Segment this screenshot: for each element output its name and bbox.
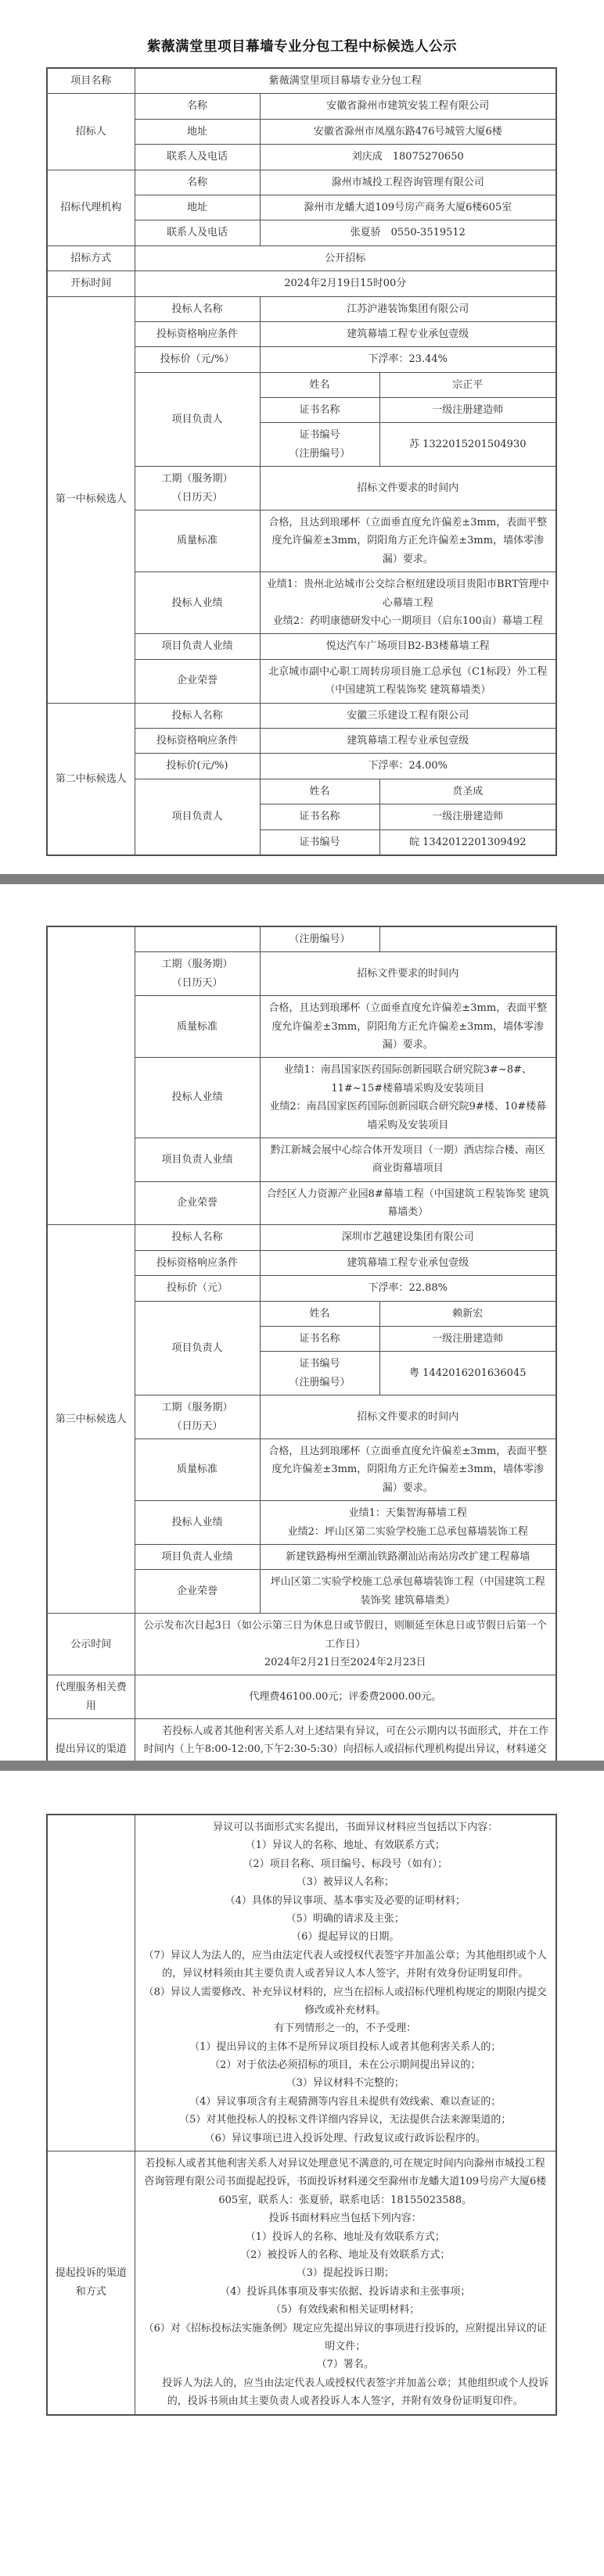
c2-price-label: 投标价(元/%) [135, 754, 260, 779]
table-row: 招标方式 公开招标 [47, 245, 556, 270]
c1-certno-label: 证书编号 （注册编号） [260, 423, 379, 467]
c2-duration-label: 工期（服务期） （日历天） [135, 952, 260, 996]
announcement-table-page-3: 异议可以书面形式实名提出，书面异议材料应当包括以下内容：（1）异议人的名称、地址… [46, 1814, 557, 2416]
table-row: 第三中标候选人 投标人名称 深圳市艺越建设集团有限公司 [47, 1225, 556, 1250]
c2-qualification-value: 建筑幕墙工程专业承包壹级 [260, 728, 556, 753]
c2-duration-value: 招标文件要求的时间内 [260, 952, 556, 996]
c1-qualification-value: 建筑幕墙工程专业承包壹级 [260, 321, 556, 346]
c3-cert-label: 证书名称 [260, 1327, 379, 1352]
publicity-time-label: 公示时间 [47, 1614, 135, 1675]
c1-bidder-label: 投标人名称 [135, 296, 260, 321]
candidate3-label: 第三中标候选人 [47, 1225, 135, 1614]
tenderer-contact-value: 刘庆成 18075270650 [260, 145, 556, 170]
c2-bidder-label: 投标人名称 [135, 703, 260, 728]
c3-quality-label: 质量标准 [135, 1438, 260, 1500]
c1-performance-label: 投标人业绩 [135, 572, 260, 634]
tenderer-name-label: 名称 [135, 94, 260, 119]
page-title: 紫薇满堂里项目幕墙专业分包工程中标候选人公示 [0, 0, 604, 67]
agency-name-label: 名称 [135, 170, 260, 195]
table-row: 第二中标候选人 投标人名称 安徽三乐建设工程有限公司 [47, 703, 556, 728]
c2-price-value: 下浮率：24.00% [260, 754, 556, 779]
c2-pm-performance-value: 黔江新城会展中心综合体开发项目（一期）酒店综合楼、南区商业街幕墙项目 [260, 1138, 556, 1181]
page-2: （注册编号） 工期（服务期） （日历天） 招标文件要求的时间内 质量标准 合格，… [0, 884, 604, 1761]
c3-pm-name-value: 赖新宏 [379, 1301, 556, 1326]
tenderer-addr-value: 安徽省滁州市凤凰东路476号城管大厦6楼 [260, 119, 556, 144]
tenderer-label: 招标人 [47, 94, 135, 170]
c1-pm-name-value: 宗正平 [379, 372, 556, 397]
table-row: 代理服务相关费用 代理费46100.00元；评委费2000.00元。 [47, 1675, 556, 1719]
c3-price-label: 投标价（元） [135, 1276, 260, 1301]
complaint-label: 提起投诉的渠道和方式 [47, 2151, 135, 2415]
announcement-table-page-2: （注册编号） 工期（服务期） （日历天） 招标文件要求的时间内 质量标准 合格，… [46, 926, 557, 1761]
tender-method-value: 公开招标 [135, 245, 556, 270]
project-name-label: 项目名称 [47, 68, 135, 94]
table-row: 项目名称 紫薇满堂里项目幕墙专业分包工程 [47, 68, 556, 94]
table-row: 提出异议的渠道和方式 若投标人或者其他利害关系人对上述结果有异议，可在公示期内以… [47, 1719, 556, 1761]
c3-performance-label: 投标人业绩 [135, 1501, 260, 1545]
table-row: （注册编号） [47, 926, 556, 952]
opening-time-value: 2024年2月19日15时00分 [135, 271, 556, 296]
c1-price-value: 下浮率：23.44% [260, 347, 556, 372]
c3-duration-value: 招标文件要求的时间内 [260, 1395, 556, 1439]
c2-quality-label: 质量标准 [135, 996, 260, 1058]
c1-honor-label: 企业荣誉 [135, 659, 260, 703]
c3-cert-value: 一级注册建造师 [379, 1327, 556, 1352]
c1-performance-value: 业绩1：贵州北站城市公交综合枢纽建设项目贵阳市BRT管理中心幕墙工程业绩2：药明… [260, 572, 556, 634]
c2-bidder-value: 安徽三乐建设工程有限公司 [260, 703, 556, 728]
c2-cert-value: 一级注册建造师 [379, 804, 556, 829]
table-row: 招标代理机构 名称 滁州市城投工程咨询管理有限公司 [47, 170, 556, 195]
c1-pm-label: 项目负责人 [135, 372, 260, 467]
c1-duration-label: 工期（服务期） （日历天） [135, 467, 260, 511]
c3-price-value: 下浮率：22.88% [260, 1276, 556, 1301]
table-row: 第一中标候选人 投标人名称 江苏沪港装饰集团有限公司 [47, 296, 556, 321]
c1-quality-label: 质量标准 [135, 511, 260, 572]
c2-pm-label: 项目负责人 [135, 779, 260, 855]
agency-fee-label: 代理服务相关费用 [47, 1675, 135, 1719]
tender-method-label: 招标方式 [47, 245, 135, 270]
c3-pm-performance-value: 新建铁路梅州至潮汕铁路潮汕站南站房改扩建工程幕墙 [260, 1544, 556, 1569]
candidate2-continued-cell [47, 926, 135, 1225]
c3-bidder-label: 投标人名称 [135, 1225, 260, 1250]
c1-cert-label: 证书名称 [260, 398, 379, 423]
page-separator-2 [0, 1761, 604, 1771]
c3-performance-value: 业绩1：天集智海幕墙工程业绩2：坪山区第二实验学校施工总承包幕墙装饰工程 [260, 1501, 556, 1545]
c3-pm-label: 项目负责人 [135, 1301, 260, 1395]
c3-certno-label: 证书编号 （注册编号） [260, 1352, 379, 1395]
c3-honor-value: 坪山区第二实验学校施工总承包幕墙装饰工程（中国建筑工程装饰奖 建筑幕墙类） [260, 1570, 556, 1614]
c1-pm-performance-value: 悦达汽车广场项目B2-B3楼幕墙工程 [260, 634, 556, 659]
agency-name-value: 滁州市城投工程咨询管理有限公司 [260, 170, 556, 195]
c2-certno-label: 证书编号 [260, 829, 379, 855]
c2-pm-performance-label: 项目负责人业绩 [135, 1138, 260, 1181]
c1-pm-name-label: 姓名 [260, 372, 379, 397]
c3-duration-label: 工期（服务期） （日历天） [135, 1395, 260, 1439]
c2-certno-value: 皖 1342012201309492 [379, 829, 556, 855]
c2-qualification-label: 投标资格响应条件 [135, 728, 260, 753]
c1-honor-value: 北京城市副中心职工周转房项目施工总承包（C1标段）外工程（中国建筑工程装饰奖 建… [260, 659, 556, 703]
page-3: 异议可以书面形式实名提出，书面异议材料应当包括以下内容：（1）异议人的名称、地址… [0, 1771, 604, 2576]
c1-bidder-value: 江苏沪港装饰集团有限公司 [260, 296, 556, 321]
c3-qualification-value: 建筑幕墙工程专业承包壹级 [260, 1250, 556, 1275]
agency-addr-label: 地址 [135, 195, 260, 220]
agency-fee-value: 代理费46100.00元；评委费2000.00元。 [135, 1675, 556, 1719]
c3-quality-value: 合格，且达到琅琊杯（立面垂直度允许偏差±3mm，表面平整度允许偏差±3mm，阴阳… [260, 1438, 556, 1500]
c2-honor-label: 企业荣誉 [135, 1181, 260, 1225]
page-separator-1 [0, 874, 604, 884]
c3-pm-name-label: 姓名 [260, 1301, 379, 1326]
c1-pm-performance-label: 项目负责人业绩 [135, 634, 260, 659]
objection-value-page3: 异议可以书面形式实名提出，书面异议材料应当包括以下内容：（1）异议人的名称、地址… [135, 1815, 556, 2151]
c3-pm-performance-label: 项目负责人业绩 [135, 1544, 260, 1569]
c1-certno-value: 苏 1322015201504930 [379, 423, 556, 467]
c2-certno2-value [379, 926, 556, 952]
c2-pm-name-value: 贲圣成 [379, 779, 556, 804]
c1-cert-value: 一级注册建造师 [379, 398, 556, 423]
agency-addr-value: 滁州市龙蟠大道109号房产商务大厦6楼605室 [260, 195, 556, 220]
table-row: 异议可以书面形式实名提出，书面异议材料应当包括以下内容：（1）异议人的名称、地址… [47, 1815, 556, 2151]
c2-pm-continued-cell [135, 926, 260, 952]
project-name-value: 紫薇满堂里项目幕墙专业分包工程 [135, 68, 556, 94]
table-row: 招标人 名称 安徽省滁州市建筑安装工程有限公司 [47, 94, 556, 119]
objection-label: 提出异议的渠道和方式 [47, 1719, 135, 1761]
table-row: 公示时间 公示发布次日起3日（如公示第三日为休息日或节假日，则顺延至休息日或节假… [47, 1614, 556, 1675]
agency-contact-value: 张夏骄 0550-3519512 [260, 220, 556, 245]
document-viewer: { "colors": {"page_bg": "#ffffff", "sepa… [0, 0, 604, 2576]
complaint-value: 若投标人或者其他利害关系人对异议处理意见不满意的,可在规定时间内向滁州市城投工程… [135, 2151, 556, 2415]
c3-certno-value: 粤 1442016201636045 [379, 1352, 556, 1395]
table-row: 开标时间 2024年2月19日15时00分 [47, 271, 556, 296]
c3-qualification-label: 投标资格响应条件 [135, 1250, 260, 1275]
candidate1-label: 第一中标候选人 [47, 296, 135, 703]
c2-quality-value: 合格，且达到琅琊杯（立面垂直度允许偏差±3mm，表面平整度允许偏差±3mm，阴阳… [260, 996, 556, 1058]
announcement-table-page-1: 项目名称 紫薇满堂里项目幕墙专业分包工程 招标人 名称 安徽省滁州市建筑安装工程… [46, 67, 557, 856]
objection-value-page2: 若投标人或者其他利害关系人对上述结果有异议，可在公示期内以书面形式，并在工作时间… [135, 1719, 556, 1761]
page-1: 紫薇满堂里项目幕墙专业分包工程中标候选人公示 项目名称 紫薇满堂里项目幕墙专业分… [0, 0, 604, 874]
c2-performance-label: 投标人业绩 [135, 1058, 260, 1138]
table-row: 提起投诉的渠道和方式 若投标人或者其他利害关系人对异议处理意见不满意的,可在规定… [47, 2151, 556, 2415]
agency-label: 招标代理机构 [47, 170, 135, 245]
c2-performance-value: 业绩1：南昌国家医药国际创新园联合研究院3#~8#、11#~15#楼幕墙采购及安… [260, 1058, 556, 1138]
c2-cert-label: 证书名称 [260, 804, 379, 829]
c3-honor-label: 企业荣誉 [135, 1570, 260, 1614]
opening-time-label: 开标时间 [47, 271, 135, 296]
publicity-time-value: 公示发布次日起3日（如公示第三日为休息日或节假日，则顺延至休息日或节假日后第一个… [135, 1614, 556, 1675]
tenderer-addr-label: 地址 [135, 119, 260, 144]
c2-pm-name-label: 姓名 [260, 779, 379, 804]
c1-quality-value: 合格，且达到琅琊杯（立面垂直度允许偏差±3mm，表面平整度允许偏差±3mm，阴阳… [260, 511, 556, 572]
c1-duration-value: 招标文件要求的时间内 [260, 467, 556, 511]
objection-continued-cell [47, 1815, 135, 2151]
c2-certno2-label: （注册编号） [260, 926, 379, 952]
candidate2-label: 第二中标候选人 [47, 703, 135, 855]
c2-honor-value: 合经区人力资源产业园8#幕墙工程（中国建筑工程装饰奖 建筑幕墙类） [260, 1181, 556, 1225]
c3-bidder-value: 深圳市艺越建设集团有限公司 [260, 1225, 556, 1250]
c1-price-label: 投标价（元/%） [135, 347, 260, 372]
c1-qualification-label: 投标资格响应条件 [135, 321, 260, 346]
tenderer-contact-label: 联系人及电话 [135, 145, 260, 170]
tenderer-name-value: 安徽省滁州市建筑安装工程有限公司 [260, 94, 556, 119]
agency-contact-label: 联系人及电话 [135, 220, 260, 245]
